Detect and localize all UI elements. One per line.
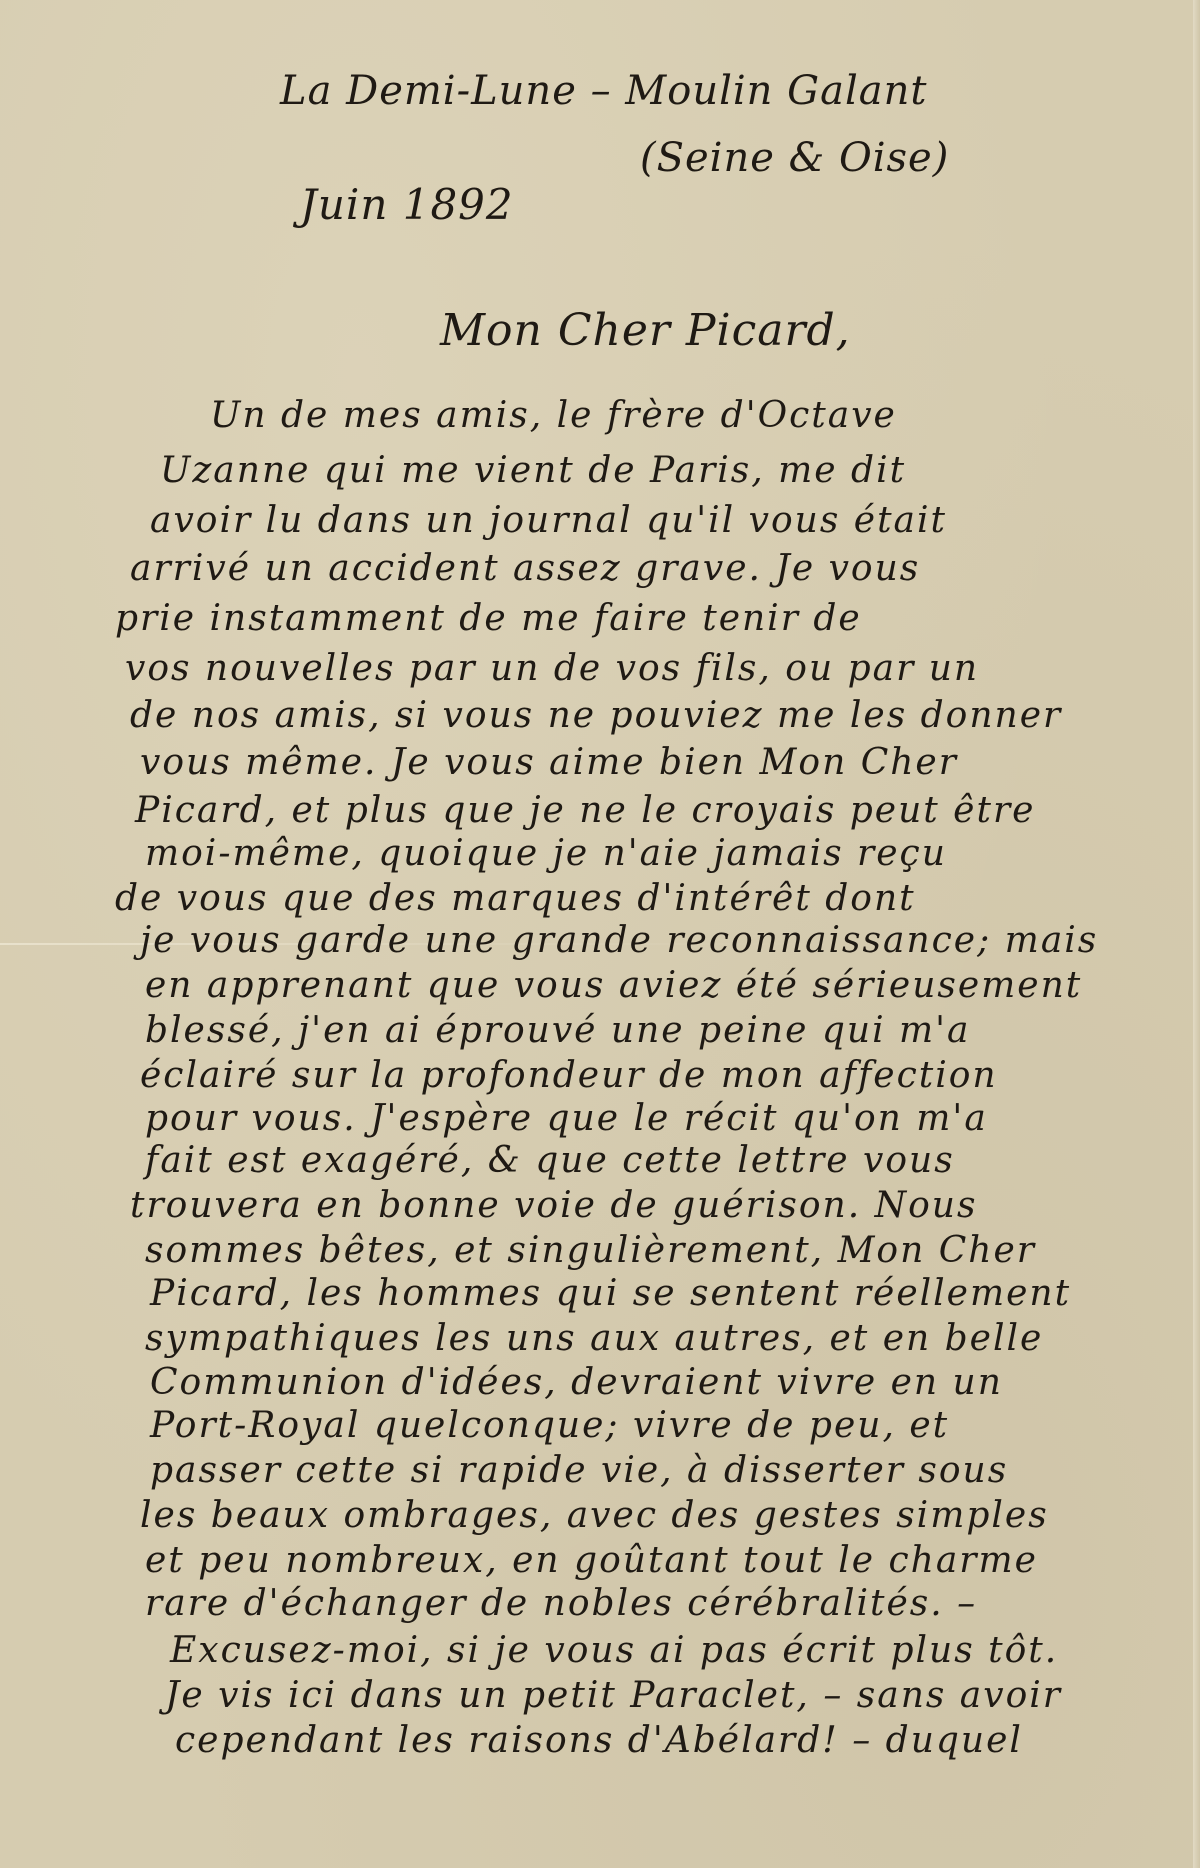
- body-line: Excusez-moi, si je vous ai pas écrit plu…: [170, 1630, 1058, 1671]
- body-line: trouvera en bonne voie de guérison. Nous: [130, 1185, 977, 1226]
- body-line: Je vis ici dans un petit Paraclet, – san…: [165, 1675, 1062, 1716]
- body-line: et peu nombreux, en goûtant tout le char…: [145, 1540, 1038, 1581]
- letter-greeting: Mon Cher Picard,: [440, 305, 851, 356]
- body-line: pour vous. J'espère que le récit qu'on m…: [145, 1098, 988, 1139]
- body-line: en apprenant que vous aviez été sérieuse…: [145, 965, 1082, 1006]
- body-line: fait est exagéré, & que cette lettre vou…: [145, 1140, 955, 1181]
- body-line: arrivé un accident assez grave. Je vous: [130, 548, 920, 589]
- body-line: blessé, j'en ai éprouvé une peine qui m'…: [145, 1010, 971, 1051]
- body-line: avoir lu dans un journal qu'il vous étai…: [150, 500, 947, 541]
- body-line: de vous que des marques d'intérêt dont: [115, 878, 916, 919]
- body-line: les beaux ombrages, avec des gestes simp…: [140, 1495, 1049, 1536]
- body-line: passer cette si rapide vie, à disserter …: [150, 1450, 1008, 1491]
- body-line: Uzanne qui me vient de Paris, me dit: [160, 450, 906, 491]
- body-line: Un de mes amis, le frère d'Octave: [210, 395, 897, 436]
- address-line-2: (Seine & Oise): [640, 135, 949, 181]
- body-line: Picard, et plus que je ne le croyais peu…: [135, 790, 1035, 831]
- body-line: éclairé sur la profondeur de mon affecti…: [140, 1055, 998, 1096]
- body-line: de nos amis, si vous ne pouviez me les d…: [130, 695, 1062, 736]
- body-line: sympathiques les uns aux autres, et en b…: [145, 1318, 1043, 1359]
- body-line: cependant les raisons d'Abélard! – duque…: [175, 1720, 1023, 1761]
- letter-date: Juin 1892: [300, 180, 514, 229]
- body-line: Picard, les hommes qui se sentent réelle…: [150, 1273, 1071, 1314]
- body-line: moi-même, quoique je n'aie jamais reçu: [145, 833, 947, 874]
- body-line: je vous garde une grande reconnaissance;…: [140, 920, 1098, 961]
- body-line: sommes bêtes, et singulièrement, Mon Che…: [145, 1230, 1036, 1271]
- address-line-1: La Demi-Lune – Moulin Galant: [280, 68, 927, 114]
- body-line: prie instamment de me faire tenir de: [115, 598, 862, 639]
- body-line: Port-Royal quelconque; vivre de peu, et: [150, 1405, 949, 1446]
- body-line: rare d'échanger de nobles cérébralités. …: [145, 1583, 977, 1624]
- paper-edge: [1193, 0, 1200, 1868]
- body-line: Communion d'idées, devraient vivre en un: [150, 1362, 1003, 1403]
- body-line: vous même. Je vous aime bien Mon Cher: [140, 742, 958, 783]
- body-line: vos nouvelles par un de vos fils, ou par…: [125, 648, 979, 689]
